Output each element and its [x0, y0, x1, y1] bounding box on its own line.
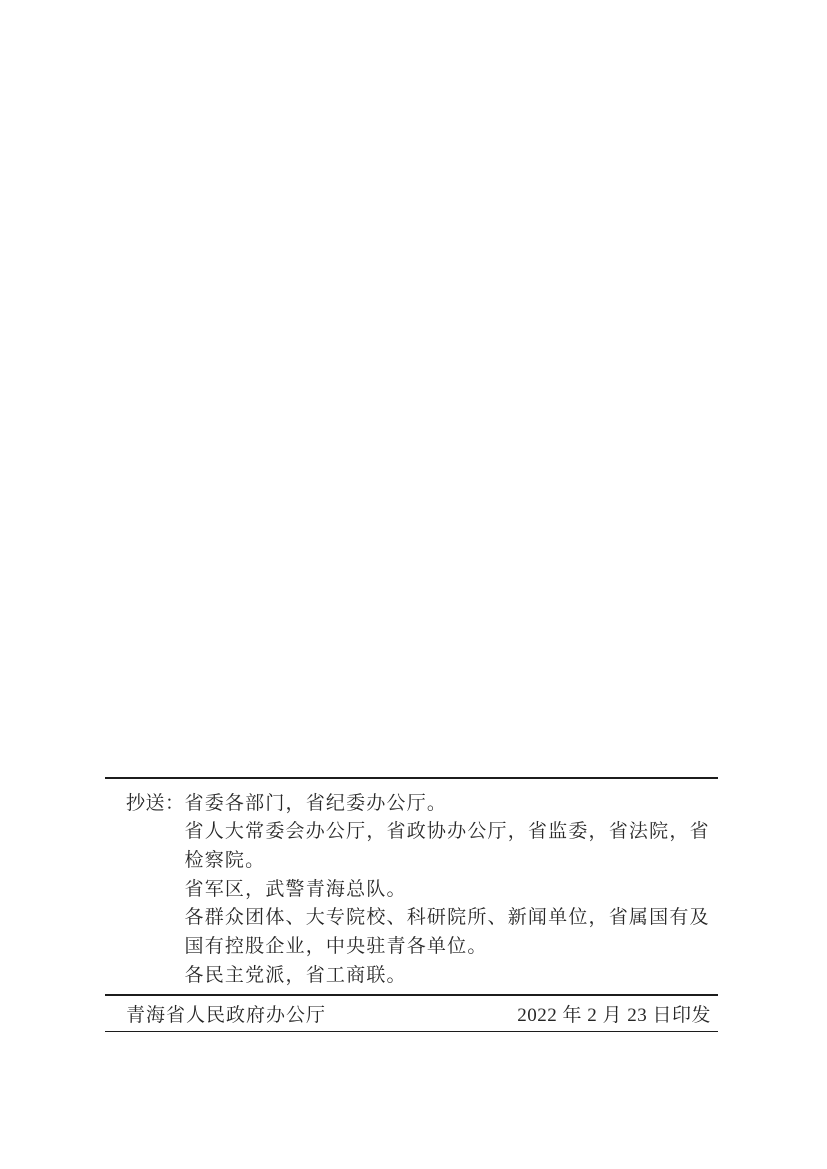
cc-label: 抄送： — [126, 790, 185, 819]
print-date: 2022 年 2 月 23 日印发 — [517, 1000, 711, 1027]
document-page: 抄送： 省委各部门，省纪委办公厅。 省人大常委会办公厅，省政协办公厅，省监委，省… — [0, 0, 827, 1169]
cc-line: 各民主党派，省工商联。 — [185, 962, 714, 991]
cc-line: 省人大常委会办公厅，省政协办公厅，省监委，省法院，省 — [185, 818, 714, 847]
cc-line: 省委各部门，省纪委办公厅。 — [185, 790, 714, 819]
cc-distribution-block: 抄送： 省委各部门，省纪委办公厅。 省人大常委会办公厅，省政协办公厅，省监委，省… — [105, 790, 718, 991]
issuing-office: 青海省人民政府办公厅 — [126, 1000, 326, 1027]
cc-line: 检察院。 — [185, 847, 714, 876]
cc-line: 各群众团体、大专院校、科研院所、新闻单位，省属国有及 — [185, 904, 714, 933]
document-footer-block: 抄送： 省委各部门，省纪委办公厅。 省人大常委会办公厅，省政协办公厅，省监委，省… — [105, 777, 718, 1032]
cc-lines: 省委各部门，省纪委办公厅。 省人大常委会办公厅，省政协办公厅，省监委，省法院，省… — [185, 790, 714, 991]
cc-line: 省军区，武警青海总队。 — [185, 876, 714, 905]
print-info-row: 青海省人民政府办公厅 2022 年 2 月 23 日印发 — [105, 996, 718, 1031]
top-rule-divider — [105, 777, 718, 779]
bottom-rule-divider — [105, 1031, 718, 1033]
cc-line: 国有控股企业，中央驻青各单位。 — [185, 933, 714, 962]
